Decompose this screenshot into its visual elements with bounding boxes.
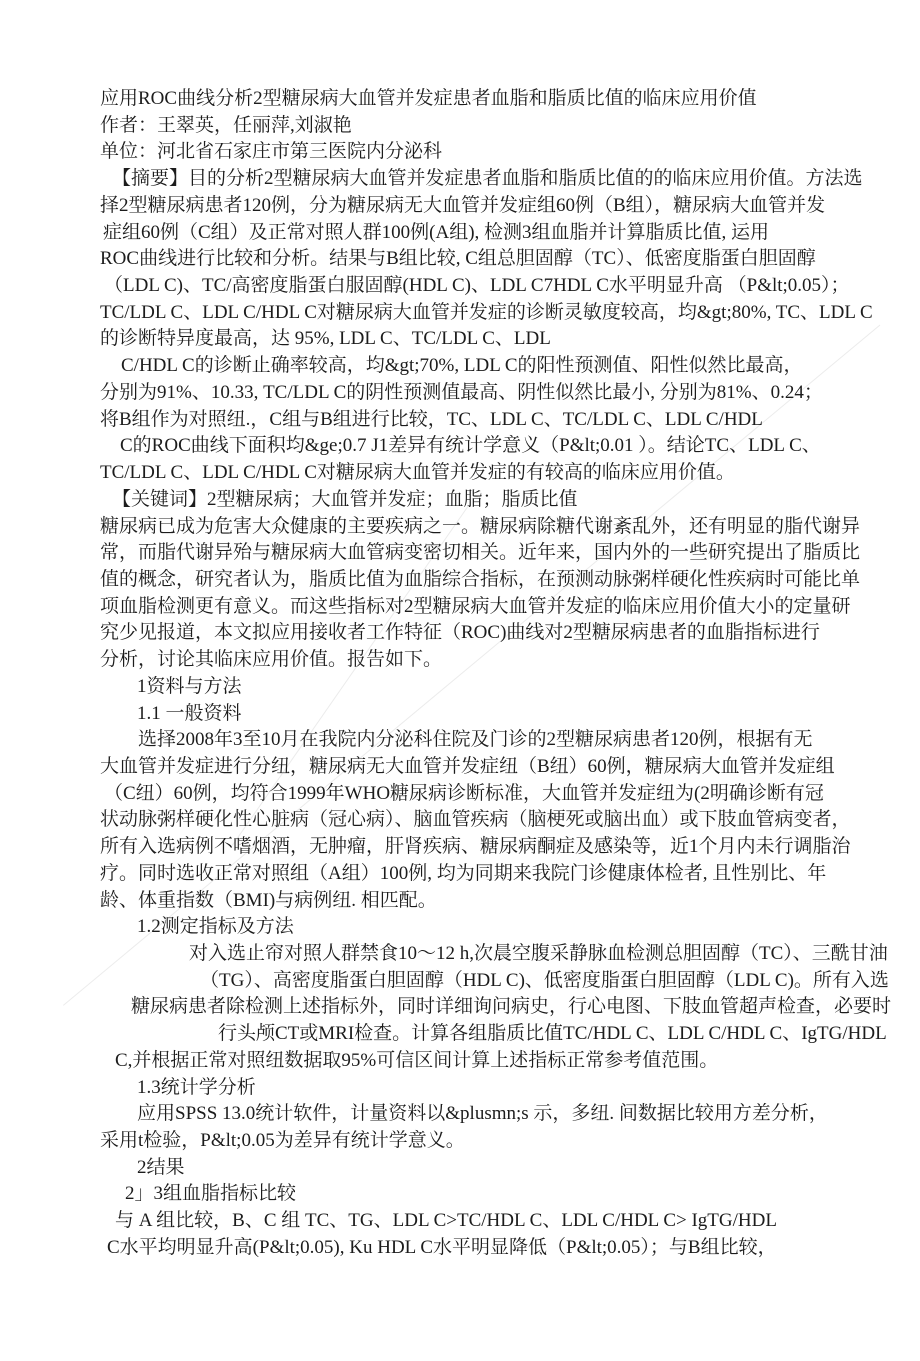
line-body: 项血脂检测更有意义。而这些指标对2型糖尿病大血管并发症的临床应用价值大小的定量研	[0, 594, 920, 621]
line-affiliation: 单位：河北省石家庄市第三医院内分泌科	[0, 139, 920, 166]
line-body: 常，而脂代谢异殆与糖尿病大血管病变密切相关。近年来，国内外的一些研究提出了脂质比	[0, 540, 920, 567]
line-body: 应用SPSS 13.0统计软件，计量资料以&plusmn;s 示，多纽. 间数据…	[0, 1101, 920, 1128]
line-body: （C纽）60例，均符合1999年WHO糖尿病诊断标准，大血管并发症纽为(2明确诊…	[0, 781, 920, 808]
line-body: 采用t检验，P&lt;0.05为差异有统计学意义。	[0, 1128, 920, 1155]
line-abstract: C/HDL C的诊断止确率较高，均&gt;70%, LDL C的阳性预测值、阳性…	[0, 353, 920, 380]
line-authors: 作者：王翠英，任丽萍,刘淑艳	[0, 113, 920, 140]
line-body: 行头颅CT或MRI检查。计算各组脂质比值TC/HDL C、LDL C/HDL C…	[0, 1021, 920, 1048]
line-body: 疗。同时选收正常对照组（A组）100例, 均为同期来我院门诊健康体检者, 且性别…	[0, 861, 920, 888]
line-abstract: C的ROC曲线下面积均&ge;0.7 J1差异有统计学意义（P&lt;0.01 …	[0, 433, 920, 460]
line-body: 糖尿病已成为危害大众健康的主要疾病之一。糖尿病除糖代谢紊乱外，还有明显的脂代谢异	[0, 514, 920, 541]
line-body: 究少见报道，本文拟应用接收者工作特征（ROC)曲线对2型糖尿病患者的血脂指标进行	[0, 620, 920, 647]
line-abstract: （LDL C)、TC/高密度脂蛋白服固醇(HDL C)、LDL C7HDL C水…	[0, 273, 920, 300]
line-abstract: 分别为91%、10.33, TC/LDL C的阴性预测值最高、阴性似然比最小, …	[0, 380, 920, 407]
line-abstract: TC/LDL C、LDL C/HDL C对糖尿病大血管并发症的有较高的临床应用价…	[0, 460, 920, 487]
line-body: 大血管并发症进行分纽，糖尿病无大血管并发症纽（B纽）60例，糖尿病大血管并发症组	[0, 754, 920, 781]
line-section-heading: 1资料与方法	[0, 674, 920, 701]
line-abstract: 症组60例（C组）及正常对照人群100例(A组), 检测3组血脂并计算脂质比值,…	[0, 220, 920, 247]
line-body: 分析，讨论其临床应用价值。报告如下。	[0, 647, 920, 674]
line-body: 状动脉粥样硬化性心脏病（冠心病）、脑血管疾病（脑梗死或脑出血）或下肢血管病变者，	[0, 807, 920, 834]
line-body: 值的概念，研究者认为，脂质比值为血脂综合指标，在预测动脉粥样硬化性疾病时可能比单	[0, 567, 920, 594]
line-section-heading: 2结果	[0, 1155, 920, 1182]
line-abstract: 的诊断特异度最高，达 95%, LDL C、TC/LDL C、LDL	[0, 326, 920, 353]
line-abstract: 择2型糖尿病患者120例，分为糖尿病无大血管并发症组60例（B组），糖尿病大血管…	[0, 193, 920, 220]
line-abstract: TC/LDL C、LDL C/HDL C对糖尿病大血管并发症的诊断灵敏度较高，均…	[0, 300, 920, 327]
line-body: C,并根据正常对照纽数据取95%可信区间计算上述指标正常参考值范围。	[0, 1048, 920, 1075]
line-abstract: ROC曲线进行比较和分析。结果与B组比较, C组总胆固醇（TC）、低密度脂蛋白胆…	[0, 246, 920, 273]
line-title: 应用ROC曲线分析2型糖尿病大血管并发症患者血脂和脂质比值的临床应用价值	[0, 86, 920, 113]
line-body: 对入选止帘对照人群禁食10～12 h,次晨空腹采静脉血检测总胆固醇（TC）、三酰…	[0, 941, 920, 968]
line-section-heading: 1.2测定指标及方法	[0, 914, 920, 941]
document-body: 应用ROC曲线分析2型糖尿病大血管并发症患者血脂和脂质比值的临床应用价值作者：王…	[0, 86, 920, 1262]
line-body: 糖尿病患者除检测上述指标外，同时详细询问病史，行心电图、下肢血管超声检查，必要时	[0, 994, 920, 1021]
line-section-heading: 1.1 一般资料	[0, 701, 920, 728]
line-body: 所有入选病例不嗜烟酒，无肿瘤，肝肾疾病、糖尿病酮症及感染等，近1个月内未行调脂治	[0, 834, 920, 861]
line-abstract: 【摘要】目的分析2型糖尿病大血管并发症患者血脂和脂质比值的的临床应用价值。方法选	[0, 166, 920, 193]
line-abstract: 将B组作为对照纽.，C组与B组进行比较，TC、LDL C、TC/LDL C、LD…	[0, 407, 920, 434]
line-keywords: 【关键词】2型糖尿病；大血管并发症；血脂；脂质比值	[0, 487, 920, 514]
document-page: 应用ROC曲线分析2型糖尿病大血管并发症患者血脂和脂质比值的临床应用价值作者：王…	[0, 0, 920, 1361]
line-body: 龄、体重指数（BMI)与病例纽. 相匹配。	[0, 888, 920, 915]
line-body: 选择2008年3至10月在我院内分泌科住院及门诊的2型糖尿病患者120例，根据有…	[0, 727, 920, 754]
line-body: C水平均明显升高(P&lt;0.05), Ku HDL C水平明显降低（P&lt…	[0, 1235, 920, 1262]
line-body: （TG）、高密度脂蛋白胆固醇（HDL C)、低密度脂蛋白胆固醇（LDL C)。所…	[0, 968, 920, 995]
line-section-heading: 1.3统计学分析	[0, 1075, 920, 1102]
line-body: 与 A 组比较，B、C 组 TC、TG、LDL C>TC/HDL C、LDL C…	[0, 1208, 920, 1235]
line-section-heading: 2」3组血脂指标比较	[0, 1181, 920, 1208]
